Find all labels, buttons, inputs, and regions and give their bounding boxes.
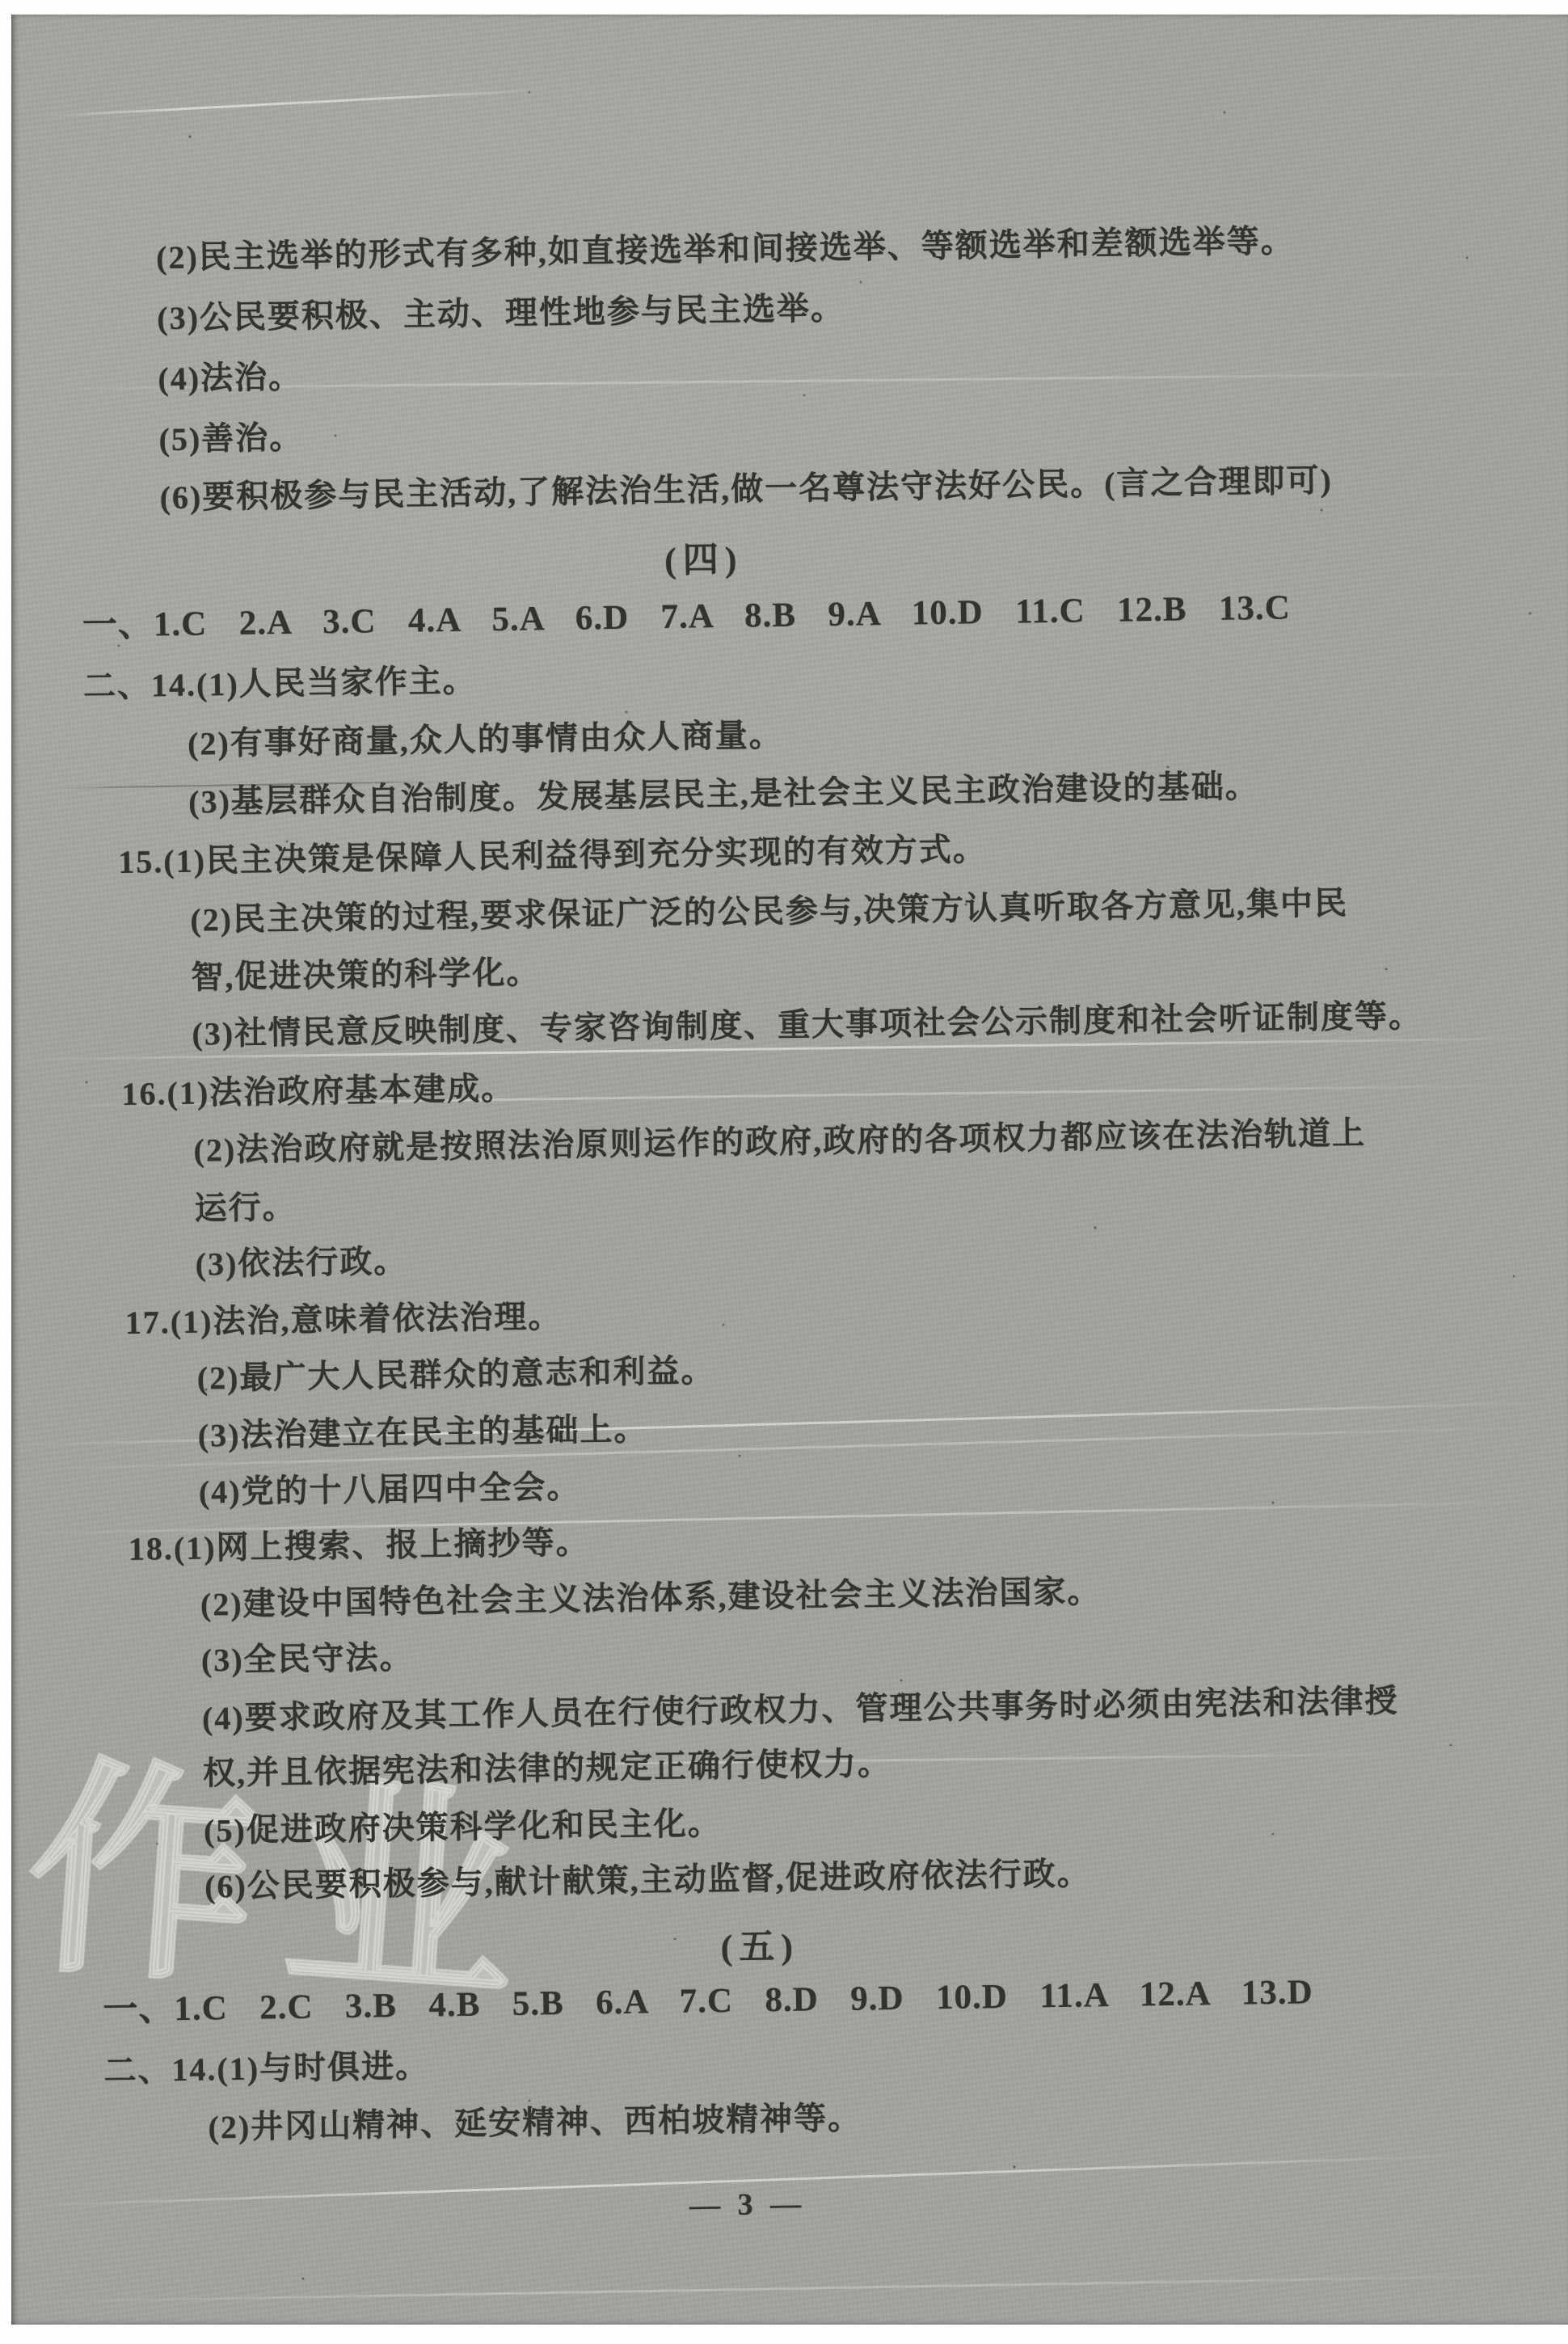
answer-line: (4)要求政府及其工作人员在行使行政权力、管理公共事务时必须由宪法和法律授 xyxy=(202,1679,1399,1742)
answer-line: (2)民主决策的过程,要求保证广泛的公民参与,决策方认真听取各方意见,集中民 xyxy=(190,880,1348,942)
scan-canvas: 作业 (2)民主选举的形式有多种,如直接选举和间接选举、等额选举和差额选举等。 … xyxy=(0,0,1568,2344)
answer-line: 运行。 xyxy=(194,1185,297,1232)
answer-line: 智,促进决策的科学化。 xyxy=(191,950,541,1000)
answer-line: (2)民主选举的形式有多种,如直接选举和间接选举、等额选举和差额选举等。 xyxy=(156,218,1295,280)
answer-line: (2)法治政府就是按照法治原则运作的政府,政府的各项权力都应该在法治轨道上 xyxy=(193,1111,1366,1174)
answer-line: (3)法治建立在民主的基础上。 xyxy=(197,1406,647,1458)
answer-line: (3)全民守法。 xyxy=(201,1635,414,1684)
section-header: (四) xyxy=(0,527,1417,593)
answer-line: 17.(1)法治,意味着依法治理。 xyxy=(124,1294,562,1346)
answer-line: (3)公民要积极、主动、理性地参与民主选举。 xyxy=(157,286,845,342)
answer-line: (3)社情民意反映制度、专家咨询制度、重大事项社会公示制度和社会听证制度等。 xyxy=(192,993,1423,1057)
answer-line: (2)井冈山精神、延安精神、西柏坡精神等。 xyxy=(208,2096,862,2151)
choice-answers-row: 一、1.C 2.A 3.C 4.A 5.A 6.D 7.A 8.B 9.A 10… xyxy=(82,585,1292,648)
answer-line: (2)有事好商量,众人的事情由众人商量。 xyxy=(188,713,783,767)
answer-line: (6)要积极参与民主活动,了解法治生活,做一名尊法守法好公民。(言之合理即可) xyxy=(159,458,1333,521)
answer-line: 18.(1)网上搜索、报上摘抄等。 xyxy=(129,1520,590,1571)
answer-line: (2)最广大人民群众的意志和利益。 xyxy=(196,1348,714,1401)
answer-line: 二、14.(1)与时俱进。 xyxy=(103,2043,429,2093)
answer-line: (4)法治。 xyxy=(158,355,302,403)
page-number: — 3 — xyxy=(15,2171,1481,2238)
answer-line: 权,并且依据宪法和法律的规定正确行使权力。 xyxy=(203,1741,892,1797)
printed-text-layer: (2)民主选举的形式有多种,如直接选举和间接选举、等额选举和差额选举等。 (3)… xyxy=(0,0,1568,2344)
answer-line: 16.(1)法治政府基本建成。 xyxy=(121,1066,515,1117)
answer-line: (4)党的十八届四中全会。 xyxy=(198,1465,580,1516)
answer-line: (2)建设中国特色社会主义法治体系,建设社会主义法治国家。 xyxy=(200,1569,1102,1628)
answer-line: (3)依法行政。 xyxy=(195,1239,407,1288)
answer-line: 二、14.(1)人民当家作主。 xyxy=(83,658,477,709)
choice-answers-row: 一、1.C 2.C 3.B 4.B 5.B 6.A 7.C 8.D 9.D 10… xyxy=(103,1970,1313,2033)
answer-line: (5)善治。 xyxy=(158,415,303,463)
answer-line: 15.(1)民主决策是保障人民利益得到充分实现的有效方式。 xyxy=(118,827,987,885)
answer-line: (5)促进政府决策科学化和民主化。 xyxy=(204,1801,722,1853)
answer-line: (3)基层群众自治制度。发展基层民主,是社会主义民主政治建设的基础。 xyxy=(188,764,1259,825)
answer-line: (6)公民要积极参与,献计献策,主动监督,促进政府依法行政。 xyxy=(204,1851,1091,1909)
